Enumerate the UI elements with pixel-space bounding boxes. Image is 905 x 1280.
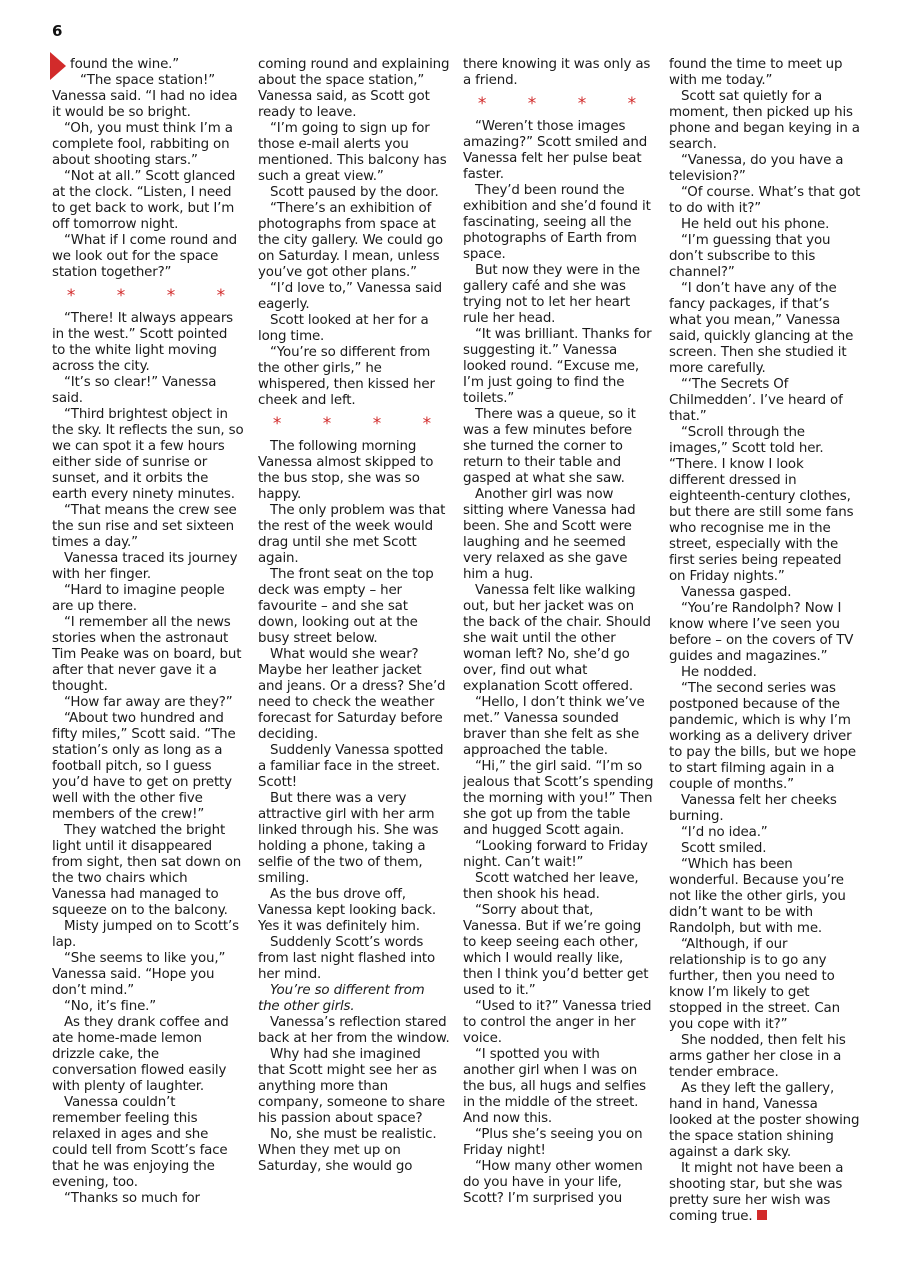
paragraph: “It’s so clear!” Vanessa said. [52, 375, 244, 407]
paragraph: “Vanessa, do you have a television?” [669, 153, 861, 185]
paragraph: “About two hundred and fifty miles,” Sco… [52, 711, 244, 823]
paragraph: “Hard to imagine people are up there. [52, 583, 244, 615]
paragraph: Vanessa couldn’t remember feeling this r… [52, 1095, 244, 1191]
paragraph: No, she must be realistic. When they met… [258, 1127, 450, 1175]
paragraph: “I don’t have any of the fancy packages,… [669, 281, 861, 377]
paragraph: “Not at all.” Scott glanced at the clock… [52, 169, 244, 233]
paragraph: “Scroll through the images,” Scott told … [669, 425, 861, 585]
paragraph: But there was a very attractive girl wit… [258, 791, 450, 887]
italic-thought: You’re so different from the other girls… [258, 983, 450, 1015]
paragraph: Vanessa’s reflection stared back at her … [258, 1015, 450, 1047]
paragraph: As they left the gallery, hand in hand, … [669, 1081, 861, 1161]
paragraph: He held out his phone. [669, 217, 861, 233]
paragraph: “It was brilliant. Thanks for suggesting… [463, 327, 655, 407]
paragraph: “Oh, you must think I’m a complete fool,… [52, 121, 244, 169]
paragraph: As the bus drove off, Vanessa kept looki… [258, 887, 450, 935]
paragraph: “Hello, I don’t think we’ve met.” Vaness… [463, 695, 655, 759]
paragraph: “Used to it?” Vanessa tried to control t… [463, 999, 655, 1047]
paragraph: He nodded. [669, 665, 861, 681]
paragraph: “There’s an exhibition of photographs fr… [258, 201, 450, 281]
paragraph: But now they were in the gallery café an… [463, 263, 655, 327]
text-column-4: found the time to meet up with me today.… [669, 57, 861, 1225]
paragraph: Misty jumped on to Scott’s lap. [52, 919, 244, 951]
paragraph: “I’m going to sign up for those e-mail a… [258, 121, 450, 185]
paragraph: “Weren’t those images amazing?” Scott sm… [463, 119, 655, 183]
paragraph: found the wine.” [52, 57, 244, 73]
paragraph: The following morning Vanessa almost ski… [258, 439, 450, 503]
paragraph: The only problem was that the rest of th… [258, 503, 450, 567]
paragraph: What would she wear? Maybe her leather j… [258, 647, 450, 743]
text-column-1: found the wine.” “The space station!” Va… [52, 57, 244, 1207]
paragraph: Another girl was now sitting where Vanes… [463, 487, 655, 583]
paragraph: “I remember all the news stories when th… [52, 615, 244, 695]
paragraph: Vanessa traced its journey with her fing… [52, 551, 244, 583]
text-column-2: coming round and explaining about the sp… [258, 57, 450, 1175]
paragraph: Suddenly Scott’s words from last night f… [258, 935, 450, 983]
paragraph: “Thanks so much for [52, 1191, 244, 1207]
paragraph: Scott looked at her for a long time. [258, 313, 450, 345]
paragraph: “She seems to like you,” Vanessa said. “… [52, 951, 244, 999]
paragraph: “How many other women do you have in you… [463, 1159, 655, 1207]
paragraph: “You’re Randolph? Now I know where I’ve … [669, 601, 861, 665]
paragraph: “‘The Secrets Of Chilmedden’. I’ve heard… [669, 377, 861, 425]
paragraph: “Although, if our relationship is to go … [669, 937, 861, 1033]
paragraph: Suddenly Vanessa spotted a familiar face… [258, 743, 450, 791]
paragraph: Why had she imagined that Scott might se… [258, 1047, 450, 1127]
paragraph: “Sorry about that, Vanessa. But if we’re… [463, 903, 655, 999]
paragraph: “No, it’s fine.” [52, 999, 244, 1015]
paragraph: Scott watched her leave, then shook his … [463, 871, 655, 903]
paragraph: “Looking forward to Friday night. Can’t … [463, 839, 655, 871]
paragraph: “Of course. What’s that got to do with i… [669, 185, 861, 217]
paragraph: “I’m guessing that you don’t subscribe t… [669, 233, 861, 281]
paragraph: “The second series was postponed because… [669, 681, 861, 793]
paragraph: They’d been round the exhibition and she… [463, 183, 655, 263]
paragraph: found the time to meet up with me today.… [669, 57, 861, 89]
paragraph: She nodded, then felt his arms gather he… [669, 1033, 861, 1081]
paragraph: As they drank coffee and ate home-made l… [52, 1015, 244, 1095]
paragraph: there knowing it was only as a friend. [463, 57, 655, 89]
page-number: 6 [52, 22, 62, 40]
paragraph: The front seat on the top deck was empty… [258, 567, 450, 647]
paragraph: “How far away are they?” [52, 695, 244, 711]
paragraph: “Plus she’s seeing you on Friday night! [463, 1127, 655, 1159]
section-break: * * * * [52, 281, 244, 311]
paragraph: Vanessa felt her cheeks burning. [669, 793, 861, 825]
final-paragraph: It might not have been a shooting star, … [669, 1161, 861, 1225]
section-break: * * * * [463, 89, 655, 119]
paragraph: “That means the crew see the sun rise an… [52, 503, 244, 551]
paragraph: There was a queue, so it was a few minut… [463, 407, 655, 487]
paragraph: “You’re so different from the other girl… [258, 345, 450, 409]
paragraph: “What if I come round and we look out fo… [52, 233, 244, 281]
paragraph: “I’d love to,” Vanessa said eagerly. [258, 281, 450, 313]
paragraph: “I spotted you with another girl when I … [463, 1047, 655, 1127]
paragraph: “There! It always appears in the west.” … [52, 311, 244, 375]
paragraph: “Which has been wonderful. Because you’r… [669, 857, 861, 937]
paragraph: Vanessa felt like walking out, but her j… [463, 583, 655, 695]
paragraph: “The space station!” Vanessa said. “I ha… [52, 73, 244, 121]
paragraph: Scott smiled. [669, 841, 861, 857]
paragraph: Vanessa gasped. [669, 585, 861, 601]
paragraph: “Third brightest object in the sky. It r… [52, 407, 244, 503]
text-column-3: there knowing it was only as a friend. *… [463, 57, 655, 1207]
end-of-story-square-icon [757, 1210, 767, 1220]
section-break: * * * * [258, 409, 450, 439]
paragraph: Scott sat quietly for a moment, then pic… [669, 89, 861, 153]
paragraph: They watched the bright light until it d… [52, 823, 244, 919]
paragraph: Scott paused by the door. [258, 185, 450, 201]
paragraph: “I’d no idea.” [669, 825, 861, 841]
paragraph: “Hi,” the girl said. “I’m so jealous tha… [463, 759, 655, 839]
paragraph: coming round and explaining about the sp… [258, 57, 450, 121]
